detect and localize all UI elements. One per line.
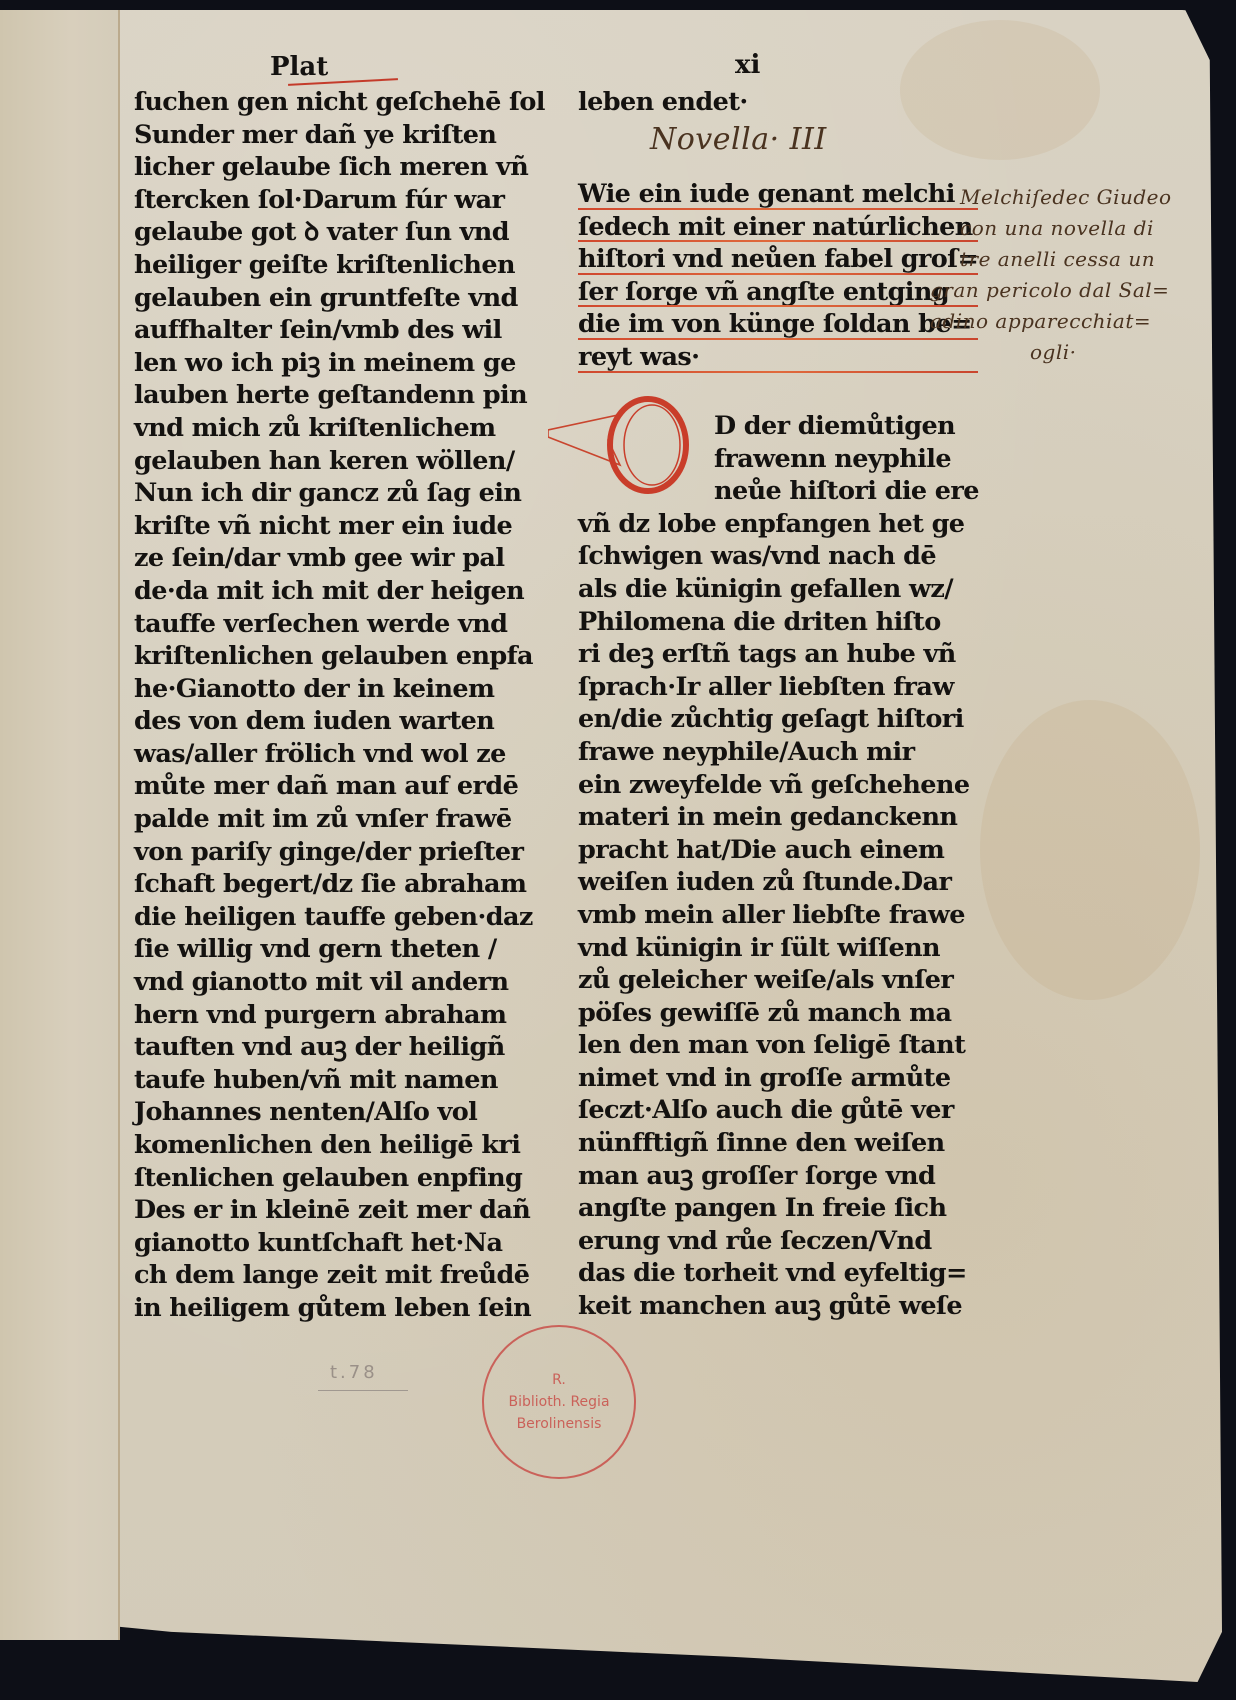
text-line: he·Gianotto der in keinem [134,673,545,706]
text-line: len wo ich piꝫ in meinem ge [134,347,545,380]
text-line: Nun ich dir gancz zů ſag ein [134,477,545,510]
novella-annotation: Novella· III [650,122,827,157]
text-line: ſedech mit einer natúrlichen [578,211,978,244]
margin-note: Melchiſedec Giudeocon una novella ditre … [960,182,1172,368]
text-line: vmb mein aller liebſte frawe [578,899,979,932]
text-line: vnd gianotto mit vil andern [134,966,545,999]
text-line: kriſtenlichen gelauben enpfa [134,640,545,673]
text-line: angſte pangen In freie ſich [578,1192,979,1225]
text-line: gelaube got ꝺ vater ſun vnd [134,216,545,249]
text-line: vñ dz lobe enpfangen het ge [578,508,979,541]
folio-number: xi [735,50,760,80]
text-line: můte mer dañ man auf erdē [134,770,545,803]
text-line: auffhalter ſein/vmb des wil [134,314,545,347]
text-line: tauffe verſechen werde vnd [134,608,545,641]
text-line: von pariſy ginge/der prieſter [134,836,545,869]
text-line: R. [484,1369,634,1391]
text-line: licher gelaube ſich meren vñ [134,151,545,184]
text-line: frawe neyphile/Auch mir [578,736,979,769]
binding-gutter [0,10,120,1640]
text-line: pöſes gewiſſē zů manch ma [578,997,979,1030]
text-line: vnd mich zů kriſtenlichem [134,412,545,445]
text-line: man auꝫ groſſer ſorge vnd [578,1160,979,1193]
text-line: pracht hat/Die auch einem [578,834,979,867]
text-line: reyt was· [578,341,978,374]
text-line: die heiligen tauffe geben·daz [134,901,545,934]
text-line: lauben herte geſtandenn pin [134,379,545,412]
text-line: als die künigin gefallen wz/ [578,573,979,606]
text-line: kriſte vñ nicht mer ein iude [134,510,545,543]
text-line: ein zweyfelde vñ geſchehene [578,769,979,802]
text-line: des von dem iuden warten [134,705,545,738]
text-line: ſuchen gen nicht geſchehē ſol [134,86,545,119]
text-line: Melchiſedec Giudeo [960,182,1172,213]
text-line: ogli· [1030,337,1172,368]
text-line: Wie ein iude genant melchi [578,178,978,211]
text-line: nimet vnd in groſſe armůte [578,1062,979,1095]
text-line: ſer ſorge vñ angſte entging [578,276,978,309]
text-line: D der diemůtigen [578,410,979,443]
text-line: ſchaft begert/dz ſie abraham [134,868,545,901]
text-line: hiſtori vnd neůen fabel groſ= [578,243,978,276]
text-line: ſtenlichen gelauben enpfing [134,1162,545,1195]
text-line: Biblioth. Regia [484,1391,634,1413]
text-line: ſeczt·Alſo auch die gůtē ver [578,1094,979,1127]
text-line: ſie willig vnd gern theten / [134,933,545,966]
text-line: die im von künge ſoldan be= [578,308,978,341]
text-line: materi in mein gedanckenn [578,801,979,834]
text-line: ſchwigen was/vnd nach dē [578,540,979,573]
text-line: heiliger geiſte kriſtenlichen [134,249,545,282]
text-line: weiſen iuden zů ſtunde.Dar [578,866,979,899]
text-line: frawenn neyphile [578,443,979,476]
paper-stain [900,20,1100,160]
text-line: in heiligem gůtem leben ſein [134,1292,545,1325]
text-line: tre anelli cessa un [960,244,1172,275]
text-line: con una novella di [960,213,1172,244]
text-line: de·da mit ich mit der heigen [134,575,545,608]
text-line: nünfftigñ ſinne den weiſen [578,1127,979,1160]
right-text-column: D der diemůtigenfrawenn neyphileneůe hiſ… [578,410,979,1323]
text-line: was/aller frölich vnd wol ze [134,738,545,771]
text-line: das die torheit vnd eyfeltig= [578,1257,979,1290]
running-head: Plat [270,52,328,82]
text-line: erung vnd růe ſeczen/Vnd [578,1225,979,1258]
shelfmark: t.78 [330,1362,378,1383]
text-line: zů geleicher weiſe/als vnſer [578,964,979,997]
library-stamp: R.Biblioth. RegiaBerolinensis [482,1325,636,1479]
text-line: komenlichen den heiligē kri [134,1129,545,1162]
text-line: Johannes nenten/Alſo vol [134,1096,545,1129]
text-line: hern vnd purgern abraham [134,999,545,1032]
text-line: adino apparecchiat= [930,306,1172,337]
text-line: tauften vnd auꝫ der heiligñ [134,1031,545,1064]
text-line: Des er in kleinē zeit mer dañ [134,1194,545,1227]
text-line: neůe hiſtori die ere [578,475,979,508]
text-line: ſtercken ſol·Darum fúr war [134,184,545,217]
text-line: ſprach·Ir aller liebſten fraw [578,671,979,704]
rubric-heading: Wie ein iude genant melchiſedech mit ein… [578,178,978,374]
text-line: ch dem lange zeit mit freůdē [134,1259,545,1292]
text-line: gelauben ein gruntfeſte vnd [134,282,545,315]
paper-stain [980,700,1200,1000]
text-line: en/die zůchtig geſagt hiſtori [578,703,979,736]
text-line: gianotto kuntſchaft het·Na [134,1227,545,1260]
text-line: ri deꝫ erſtñ tags an hube vñ [578,638,979,671]
right-column-top-line: leben endet· [578,86,748,119]
text-line: len den man von ſeligē ſtant [578,1029,979,1062]
text-line: taufe huben/vñ mit namen [134,1064,545,1097]
text-line: gelauben han keren wöllen/ [134,445,545,478]
text-line: palde mit im zů vnſer frawē [134,803,545,836]
text-line: Sunder mer dañ ye kriſten [134,119,545,152]
text-line: Berolinensis [484,1413,634,1435]
text-line: gran pericolo dal Sal= [930,275,1172,306]
text-line: Philomena die driten hiſto [578,606,979,639]
text-line: ze ſein/dar vmb gee wir pal [134,542,545,575]
text-line: vnd künigin ir ſült wiſſenn [578,932,979,965]
left-text-column: ſuchen gen nicht geſchehē ſolSunder mer … [134,86,545,1325]
text-line: keit manchen auꝫ gůtē weſe [578,1290,979,1323]
